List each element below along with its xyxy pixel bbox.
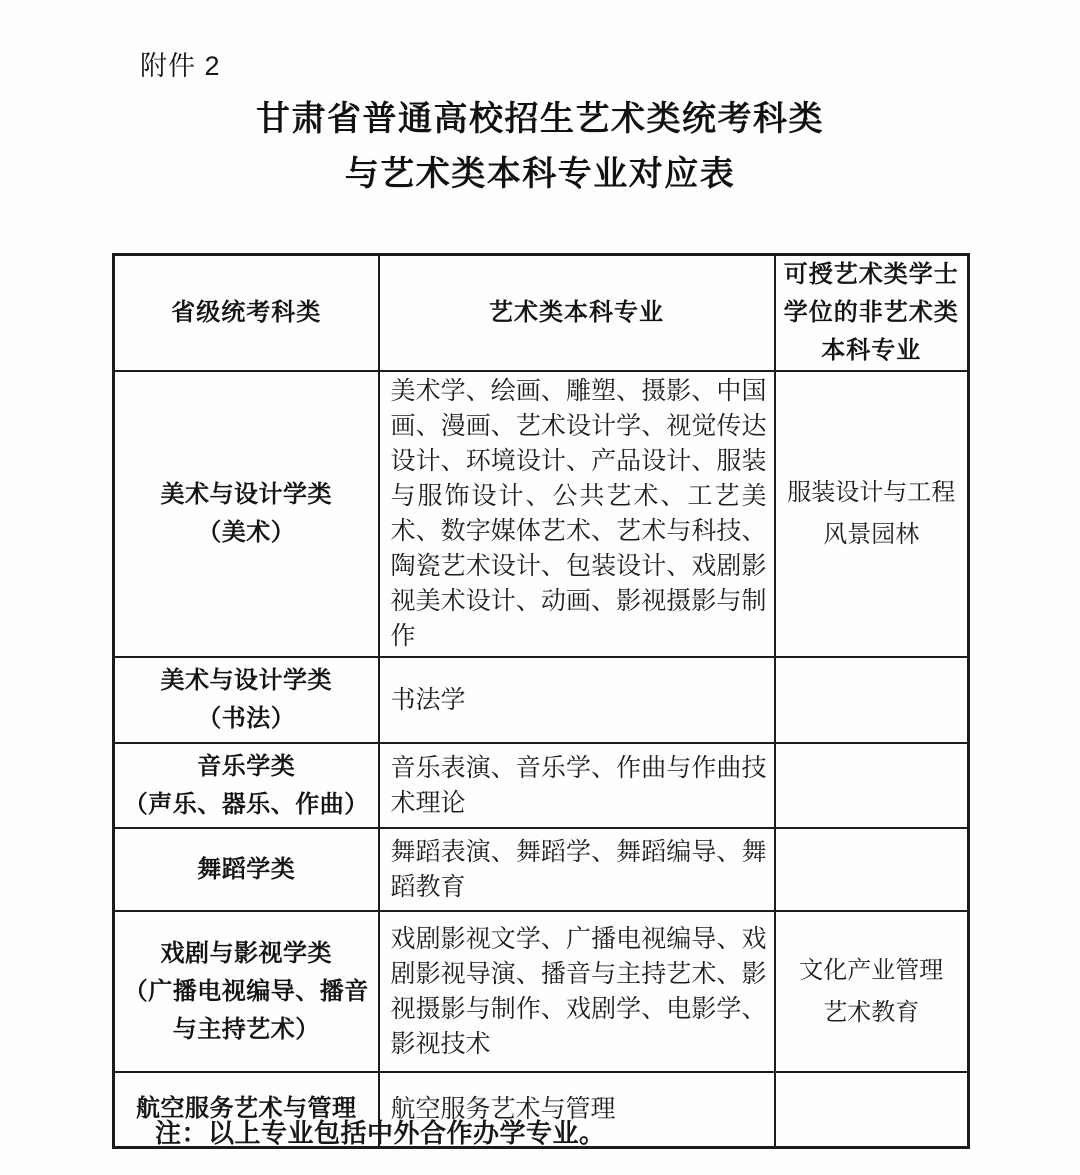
majors-table: 省级统考科类 艺术类本科专业 可授艺术类学士学位的非艺术类本科专业 美术与设计学… xyxy=(112,253,970,1149)
category-cell: 美术与设计学类 （书法） xyxy=(114,657,379,743)
doc-title-line1: 甘肃省普通高校招生艺术类统考科类 xyxy=(0,92,1080,147)
art-majors-cell: 音乐表演、音乐学、作曲与作曲技术理论 xyxy=(379,743,775,828)
non-art-majors-cell: 服装设计与工程 风景园林 xyxy=(775,371,969,657)
category-cell: 舞蹈学类 xyxy=(114,828,379,911)
footnote: 注：以上专业包括中外合作办学专业。 xyxy=(155,1113,606,1150)
document-page: 附件 2 甘肃省普通高校招生艺术类统考科类 与艺术类本科专业对应表 省级统考科类… xyxy=(0,0,1080,1175)
header-cell-art-majors: 艺术类本科专业 xyxy=(379,255,775,372)
art-majors-cell: 戏剧影视文学、广播电视编导、戏剧影视导演、播音与主持艺术、影视摄影与制作、戏剧学… xyxy=(379,911,775,1072)
table-row-art-design-calligraphy: 美术与设计学类 （书法） 书法学 xyxy=(114,657,969,743)
non-art-majors-cell xyxy=(775,1072,969,1147)
non-art-majors-cell xyxy=(775,743,969,828)
header-cell-non-art-majors: 可授艺术类学士学位的非艺术类本科专业 xyxy=(775,255,969,372)
table-row-dance: 舞蹈学类 舞蹈表演、舞蹈学、舞蹈编导、舞蹈教育 xyxy=(114,828,969,911)
doc-title: 甘肃省普通高校招生艺术类统考科类 与艺术类本科专业对应表 xyxy=(0,92,1080,202)
non-art-majors-cell xyxy=(775,828,969,911)
attachment-label: 附件 2 xyxy=(140,44,221,83)
category-cell: 戏剧与影视学类 （广播电视编导、播音 与主持艺术） xyxy=(114,911,379,1072)
non-art-majors-cell xyxy=(775,657,969,743)
category-cell: 音乐学类 （声乐、器乐、作曲） xyxy=(114,743,379,828)
doc-title-line2: 与艺术类本科专业对应表 xyxy=(0,147,1080,202)
art-majors-cell: 美术学、绘画、雕塑、摄影、中国画、漫画、艺术设计学、视觉传达设计、环境设计、产品… xyxy=(379,371,775,657)
header-cell-category: 省级统考科类 xyxy=(114,255,379,372)
table-header-row: 省级统考科类 艺术类本科专业 可授艺术类学士学位的非艺术类本科专业 xyxy=(114,255,969,372)
non-art-majors-cell: 文化产业管理 艺术教育 xyxy=(775,911,969,1072)
table-row-drama-film: 戏剧与影视学类 （广播电视编导、播音 与主持艺术） 戏剧影视文学、广播电视编导、… xyxy=(114,911,969,1072)
table-row-art-design-fine-arts: 美术与设计学类 （美术） 美术学、绘画、雕塑、摄影、中国画、漫画、艺术设计学、视… xyxy=(114,371,969,657)
art-majors-cell: 书法学 xyxy=(379,657,775,743)
table-row-music: 音乐学类 （声乐、器乐、作曲） 音乐表演、音乐学、作曲与作曲技术理论 xyxy=(114,743,969,828)
art-majors-cell: 舞蹈表演、舞蹈学、舞蹈编导、舞蹈教育 xyxy=(379,828,775,911)
category-cell: 美术与设计学类 （美术） xyxy=(114,371,379,657)
